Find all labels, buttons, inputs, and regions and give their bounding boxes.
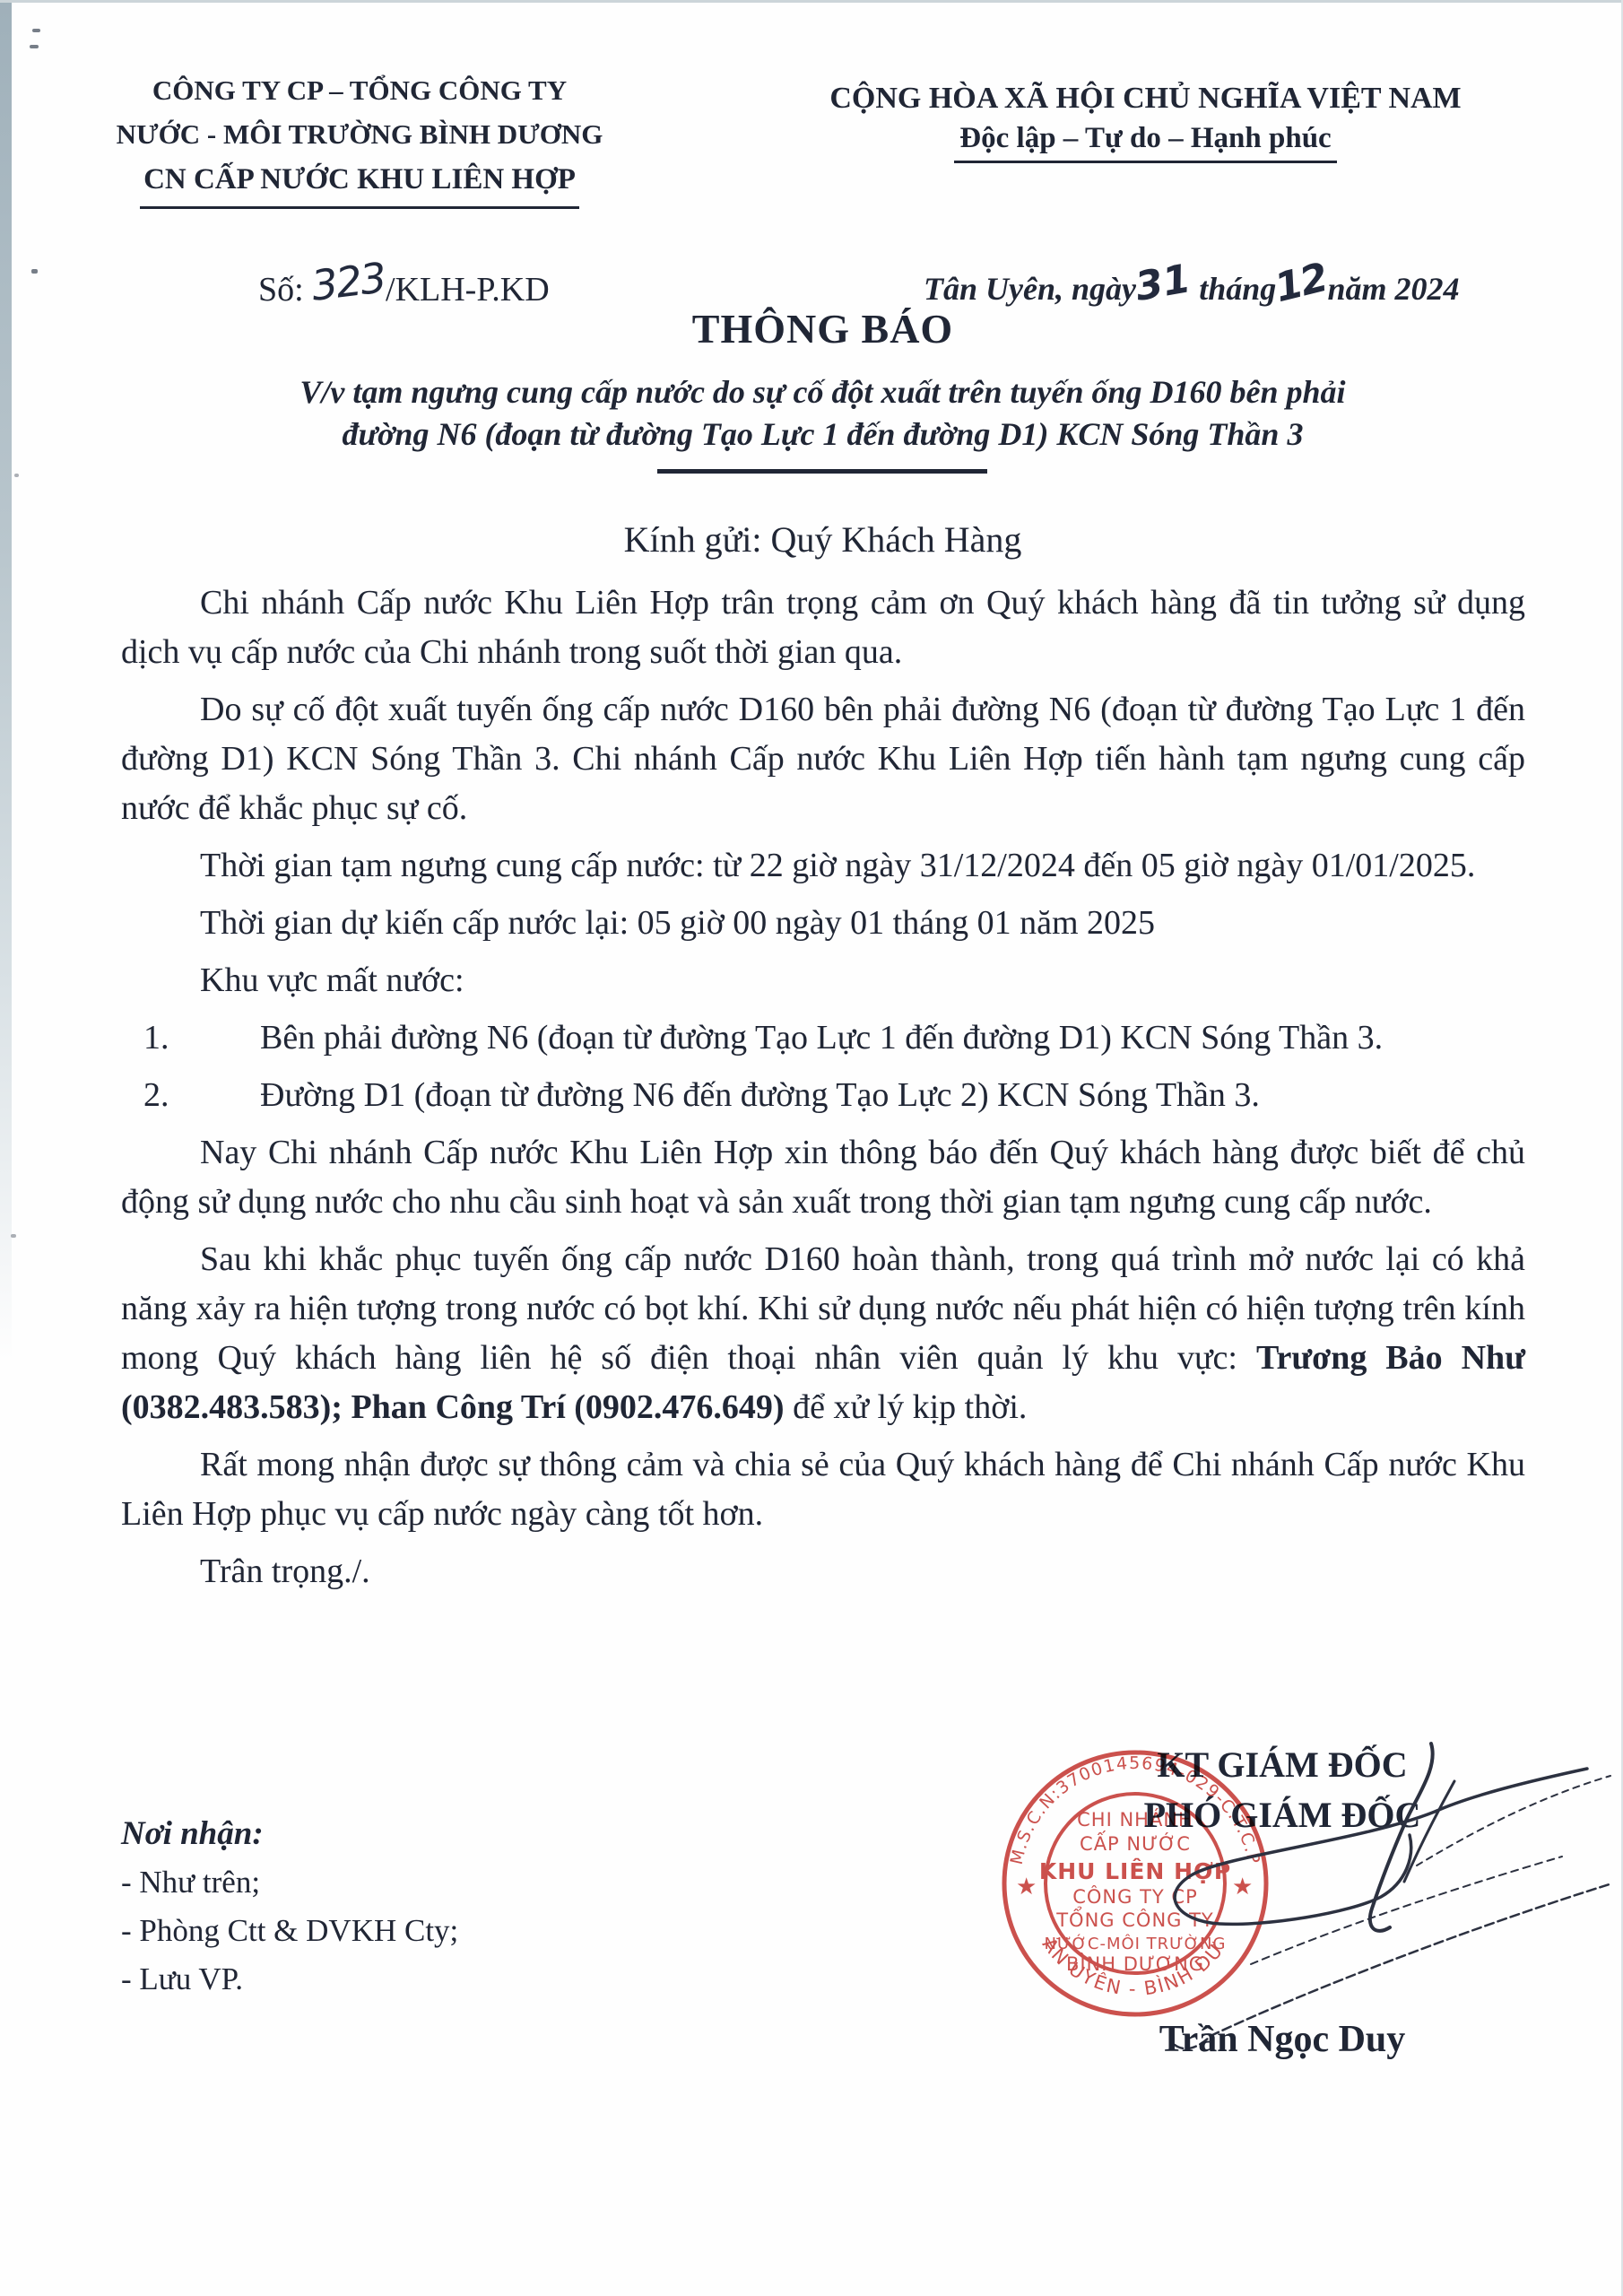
issuer-branch-name: CN CẤP NƯỚC KHU LIÊN HỢP: [140, 156, 579, 209]
signature-cross: [1404, 1781, 1454, 1882]
document-body: Chi nhánh Cấp nước Khu Liên Hợp trân trọ…: [121, 578, 1525, 1605]
republic-title: CỘNG HÒA XÃ HỘI CHỦ NGHĨA VIỆT NAM: [767, 75, 1524, 122]
paragraph-outage-time: Thời gian tạm ngưng cung cấp nước: từ 22…: [121, 841, 1525, 891]
national-motto-header: CỘNG HÒA XÃ HỘI CHỦ NGHĨA VIỆT NAM Độc l…: [767, 75, 1524, 163]
paragraph-contacts: Sau khi khắc phục tuyến ống cấp nước D16…: [121, 1235, 1525, 1432]
contacts-post: để xử lý kịp thời.: [785, 1388, 1028, 1426]
month-label: tháng: [1199, 271, 1276, 307]
scan-artifact-speck: [32, 29, 40, 32]
recipient-item: - Lưu VP.: [121, 1955, 458, 2004]
handwritten-day: 31: [1132, 256, 1193, 310]
issuer-header: CÔNG TY CP – TỔNG CÔNG TY NƯỚC - MÔI TRƯ…: [106, 68, 613, 209]
issuer-line-2: NƯỚC - MÔI TRƯỜNG BÌNH DƯƠNG: [106, 112, 613, 156]
document-title: THÔNG BÁO: [121, 305, 1524, 352]
signature-flourish-upper: [1417, 1776, 1610, 1865]
subject-line-2: đường N6 (đoạn từ đường Tạo Lực 1 đến đư…: [121, 413, 1524, 456]
paragraph-advice: Nay Chi nhánh Cấp nước Khu Liên Hợp xin …: [121, 1128, 1525, 1227]
recipients-block: Nơi nhận: - Như trên; - Phòng Ctt & DVKH…: [121, 1810, 458, 2004]
subject-line-1: V/v tạm ngưng cung cấp nước do sự cố đột…: [121, 371, 1524, 413]
motto-line: Độc lập – Tự do – Hạnh phúc: [954, 122, 1336, 163]
recipients-title: Nơi nhận:: [121, 1810, 458, 1858]
recipient-item: - Phòng Ctt & DVKH Cty;: [121, 1907, 458, 1955]
subject-underline: [657, 469, 987, 474]
signer-name: Trần Ngọc Duy: [1022, 2018, 1542, 2061]
scan-artifact-top-line: [0, 0, 1623, 3]
place-and-date: Tân Uyên, ngày31 tháng12năm 2024: [924, 264, 1460, 309]
scanned-document-page: CÔNG TY CP – TỔNG CÔNG TY NƯỚC - MÔI TRƯ…: [0, 0, 1623, 2296]
affected-area-item: 1.Bên phải đường N6 (đoạn từ đường Tạo L…: [121, 1013, 1525, 1063]
list-text: Bên phải đường N6 (đoạn từ đường Tạo Lực…: [260, 1019, 1383, 1057]
scan-artifact-left-band: [0, 0, 12, 1363]
affected-area-item: 2.Đường D1 (đoạn từ đường N6 đến đường T…: [121, 1071, 1525, 1120]
document-subject: V/v tạm ngưng cung cấp nước do sự cố đột…: [121, 371, 1524, 456]
recipient-item: - Như trên;: [121, 1858, 458, 1907]
closing-phrase: Trân trọng./.: [121, 1547, 1525, 1596]
signature-stem: [1370, 1744, 1433, 1931]
year-label: năm 2024: [1328, 271, 1460, 307]
scan-artifact-speck: [30, 45, 39, 48]
paragraph-apology: Rất mong nhận được sự thông cảm và chia …: [121, 1440, 1525, 1539]
handwritten-number: 323: [309, 253, 388, 310]
document-number: Số: 323/KLH-P.KD: [258, 262, 550, 310]
list-number: 2.: [202, 1071, 260, 1120]
place-label: Tân Uyên, ngày: [924, 271, 1136, 307]
handwritten-month: 12: [1271, 255, 1332, 311]
signature-loop: [1175, 1769, 1587, 1924]
paragraph-thanks: Chi nhánh Cấp nước Khu Liên Hợp trân trọ…: [121, 578, 1525, 677]
paragraph-incident: Do sự cố đột xuất tuyến ống cấp nước D16…: [121, 685, 1525, 833]
paragraph-resume-time: Thời gian dự kiến cấp nước lại: 05 giờ 0…: [121, 899, 1525, 948]
issuer-line-1: CÔNG TY CP – TỔNG CÔNG TY: [106, 68, 613, 112]
paragraph-affected-areas-label: Khu vực mất nước:: [121, 956, 1525, 1005]
list-text: Đường D1 (đoạn từ đường N6 đến đường Tạo…: [260, 1076, 1260, 1114]
number-suffix: /KLH-P.KD: [386, 271, 550, 309]
salutation: Kính gửi: Quý Khách Hàng: [121, 518, 1524, 561]
stamp-star-left-icon: ★: [1016, 1874, 1037, 1900]
number-prefix: Số:: [258, 271, 304, 309]
scan-artifact-speck: [31, 269, 38, 274]
scan-artifact-speck: [11, 1234, 16, 1238]
scan-artifact-speck: [14, 474, 19, 477]
list-number: 1.: [202, 1013, 260, 1063]
